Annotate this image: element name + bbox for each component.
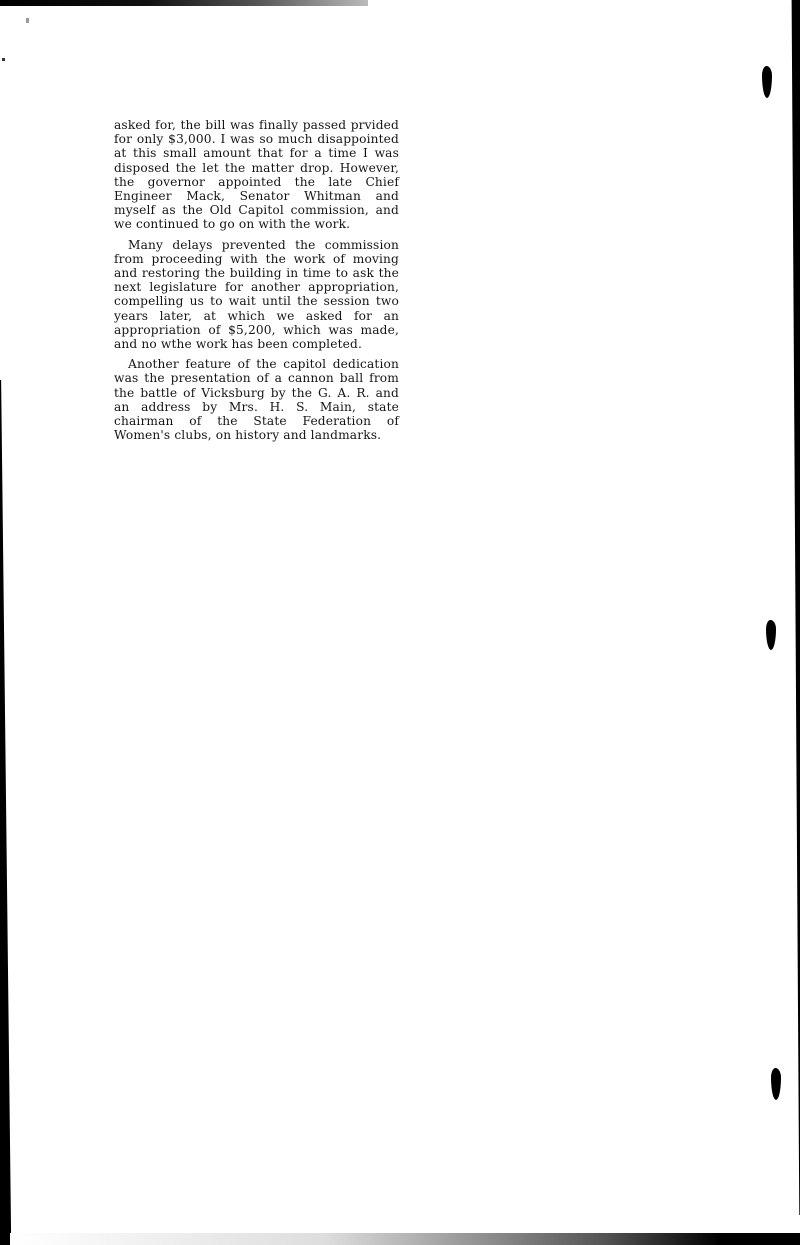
paragraph: asked for, the bill was finally passed p…: [114, 118, 399, 232]
article-column: asked for, the bill was finally passed p…: [114, 118, 399, 448]
paragraph: Many delays prevented the commission fro…: [114, 238, 399, 352]
scan-speck: [26, 18, 29, 23]
paragraph: Another feature of the capitol dedicatio…: [114, 357, 399, 442]
binding-hole-mark-icon: [762, 66, 772, 98]
scan-edge-right: [786, 0, 800, 1215]
scan-edge-top: [0, 0, 368, 6]
scan-edge-left: [0, 380, 14, 1245]
binding-hole-mark-icon: [766, 620, 776, 650]
binding-hole-mark-icon: [771, 1068, 781, 1100]
scan-edge-bottom: [10, 1233, 800, 1245]
scan-speck: [2, 58, 5, 61]
